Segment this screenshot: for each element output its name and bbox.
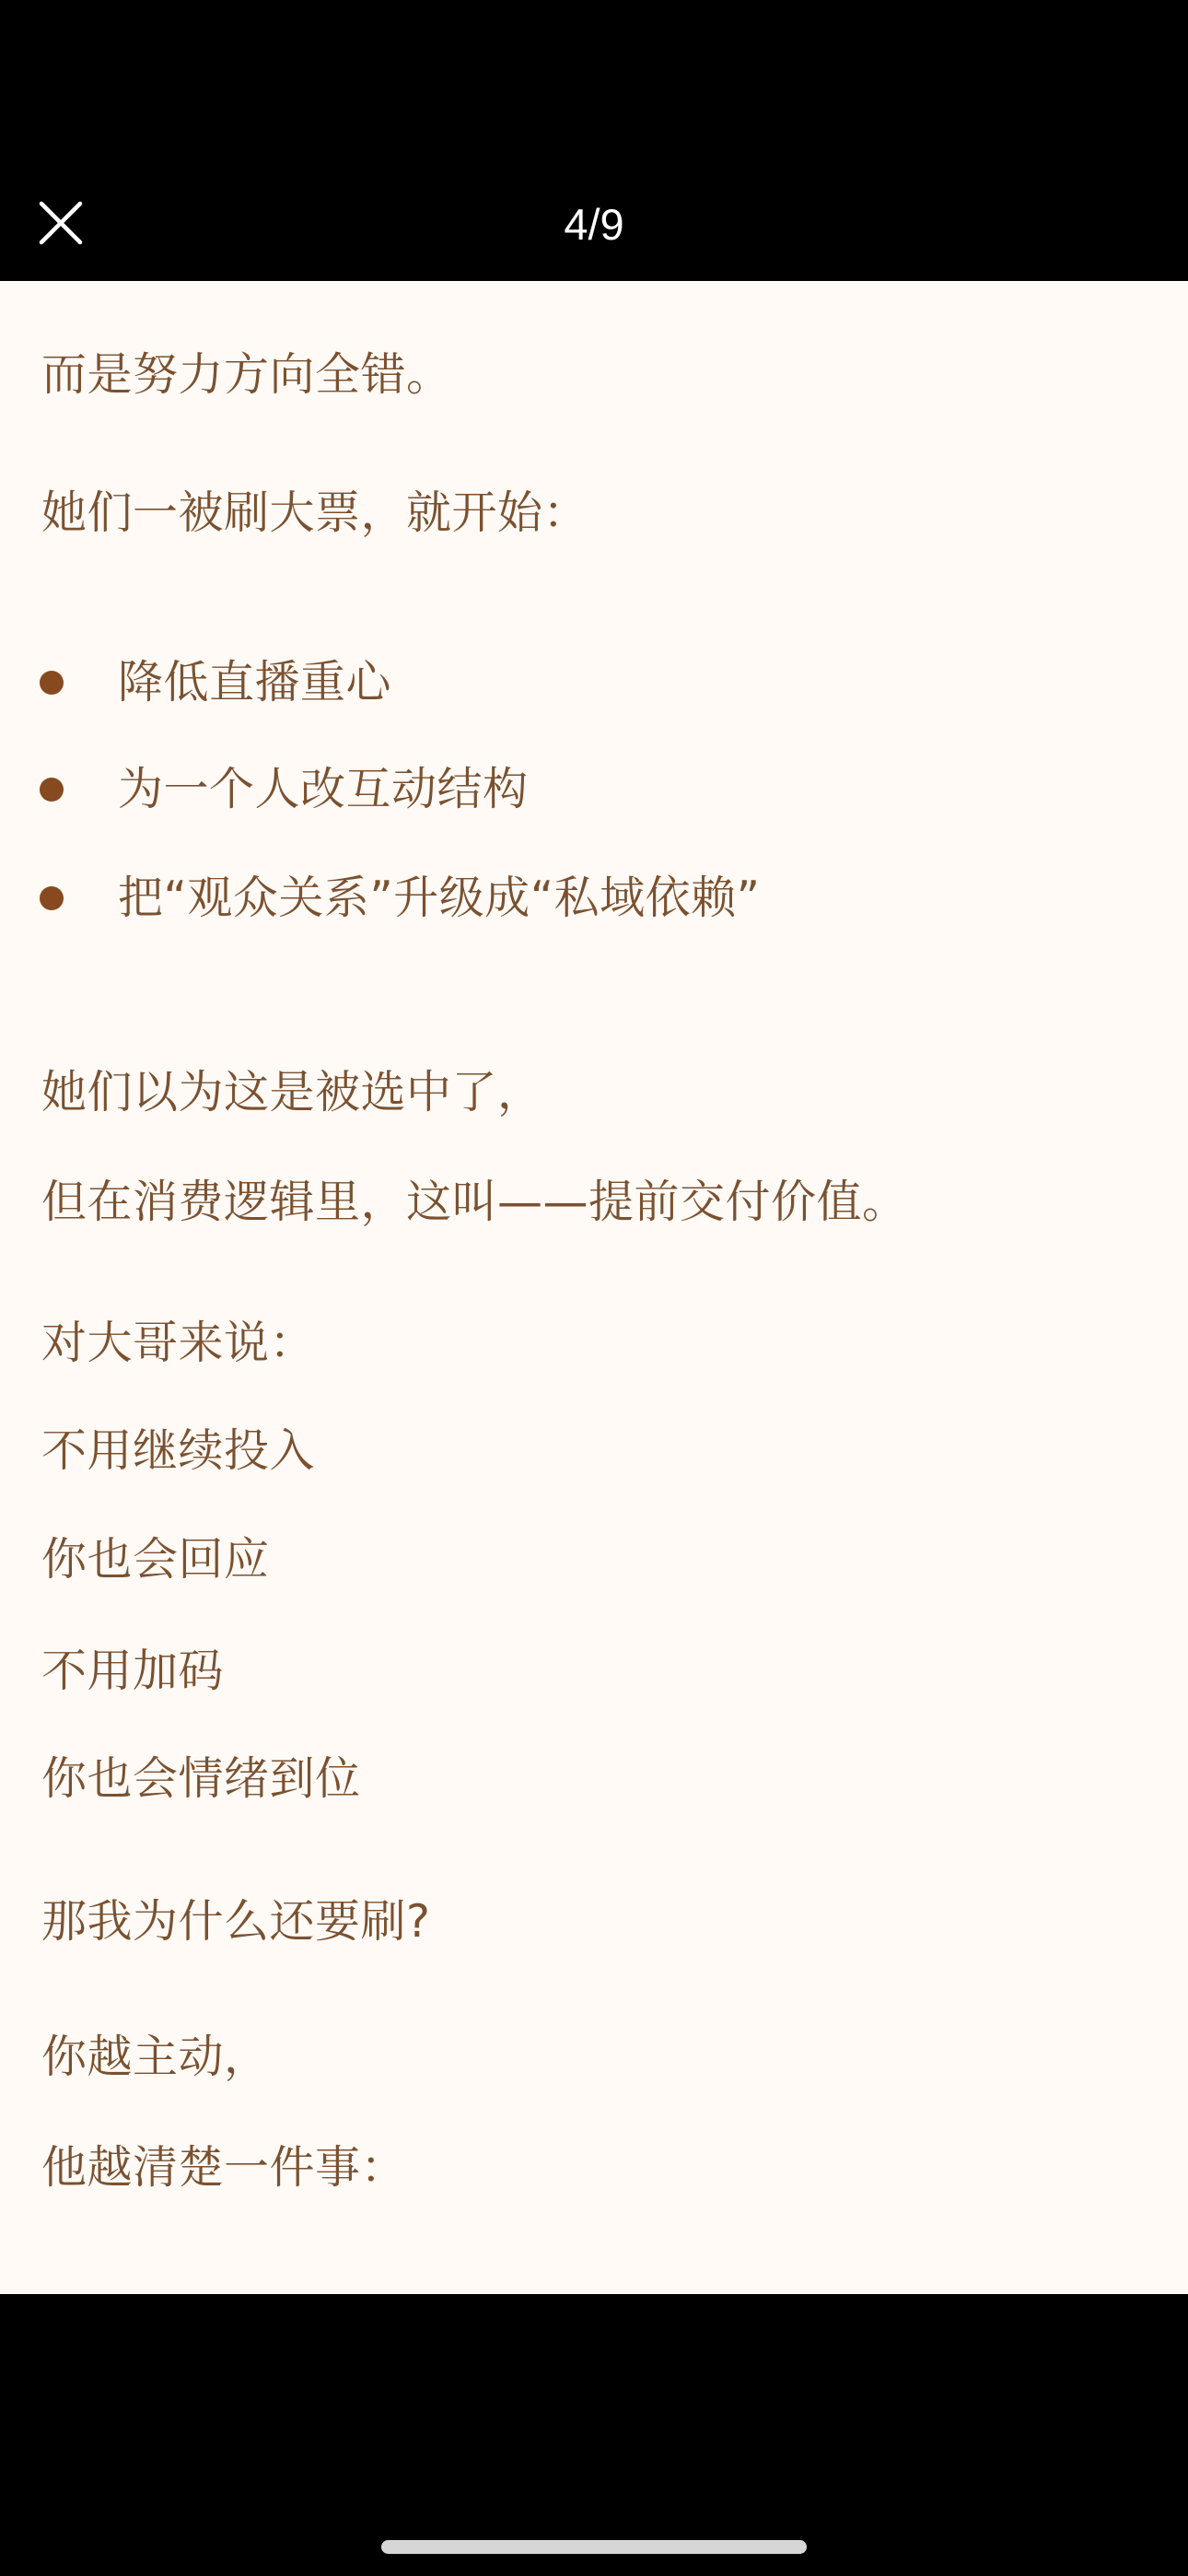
paragraph-line: 她们以为这是被选中了， — [41, 1065, 543, 1120]
bullet-dot-icon — [40, 671, 64, 695]
paragraph-line: 而是努力方向全错。 — [41, 347, 452, 403]
bullet-text: 把“观众关系”升级成“私域依赖” — [118, 871, 761, 926]
paragraph-line: 不用加码 — [41, 1644, 224, 1699]
paragraph-line: 你也会情绪到位 — [41, 1751, 361, 1807]
bullet-item: 为一个人改互动结构 — [0, 762, 1188, 817]
bullet-text: 为一个人改互动结构 — [118, 762, 529, 817]
paragraph-line: 他越清楚一件事： — [41, 2140, 406, 2195]
paragraph-line: 不用继续投入 — [41, 1423, 315, 1479]
bullet-text: 降低直播重心 — [118, 655, 391, 710]
page-indicator: 4/9 — [0, 197, 1188, 252]
paragraph-line: 但在消费逻辑里，这叫——提前交付价值。 — [41, 1175, 908, 1230]
article-image-page: 而是努力方向全错。 她们一被刷大票，就开始： 降低直播重心 为一个人改互动结构 … — [0, 281, 1188, 2294]
bullet-item: 降低直播重心 — [0, 655, 1188, 710]
paragraph-line: 你也会回应 — [41, 1532, 270, 1587]
paragraph-line: 你越主动， — [41, 2030, 270, 2085]
viewer-top-bar: 4/9 — [0, 0, 1188, 281]
home-indicator[interactable] — [381, 2540, 807, 2554]
paragraph-line: 那我为什么还要刷? — [41, 1894, 431, 1950]
bullet-item: 把“观众关系”升级成“私域依赖” — [0, 871, 1188, 926]
paragraph-line: 她们一被刷大票，就开始： — [41, 486, 588, 541]
viewer-bottom-area — [0, 2294, 1188, 2576]
paragraph-line: 对大哥来说： — [41, 1316, 315, 1371]
bullet-dot-icon — [40, 886, 64, 910]
bullet-dot-icon — [40, 778, 64, 802]
